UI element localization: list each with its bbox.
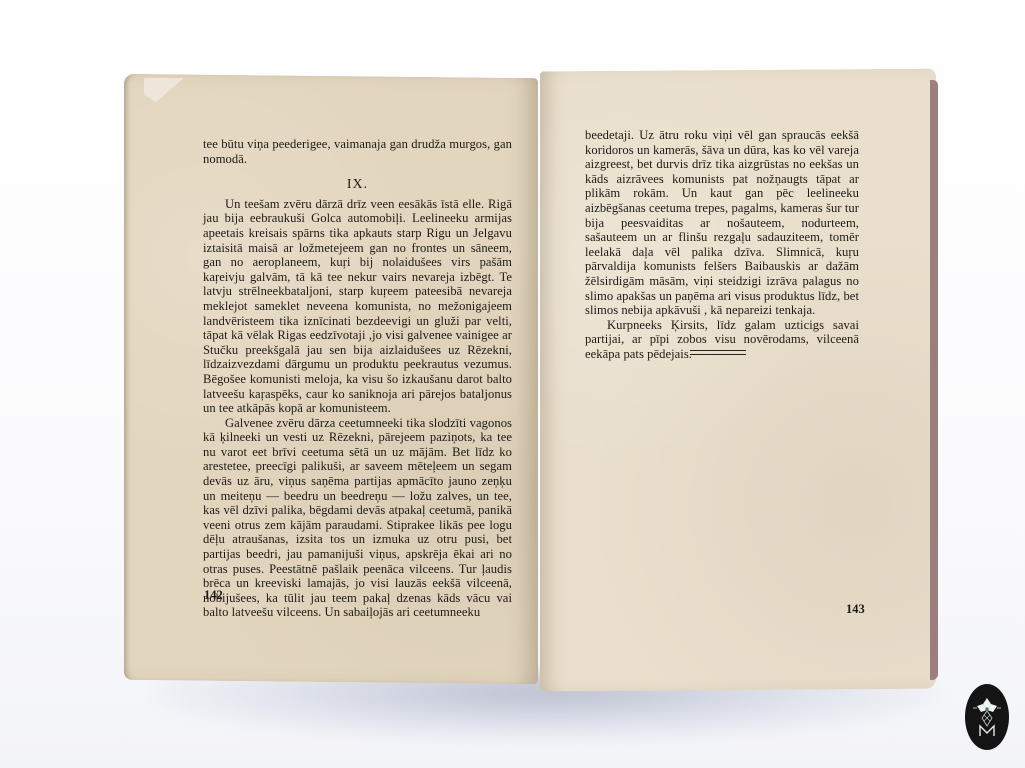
opening-lines: tee būtu viņa peederigee, vaimanaja gan … (203, 137, 512, 166)
chapter-heading: IX. (203, 178, 512, 193)
watermark-logo (965, 684, 1009, 750)
paragraph: Galvenee zvēru dārza ceetumneeki tika sl… (203, 416, 512, 620)
flower-monogram-logo-icon (965, 684, 1009, 750)
page-number-left: 142 (204, 588, 223, 603)
left-page-text: tee būtu viņa peederigee, vaimanaja gan … (203, 137, 512, 620)
paragraph: beedetaji. Uz ātru roku viņi vēl gan spr… (585, 128, 859, 318)
book-cover-edge (930, 80, 938, 680)
right-page-text: beedetaji. Uz ātru roku viņi vēl gan spr… (585, 128, 859, 362)
page-number-right: 143 (846, 602, 865, 617)
section-divider (690, 350, 746, 355)
paragraph: Un teešam zvēru dārzā drīz veen eesākās … (203, 197, 512, 416)
